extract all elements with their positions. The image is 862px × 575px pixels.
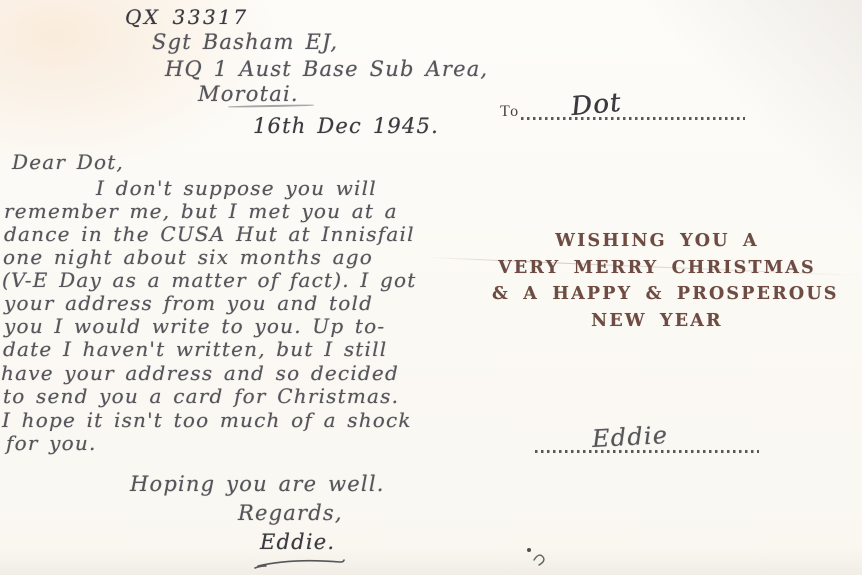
card-to-label: To [500,103,520,121]
to-dotted-line [521,117,745,120]
letter-body-line: for you. [6,431,97,455]
letter-body-line: dance in the CUSA Hut at Innisfail [4,222,415,246]
card-greeting: WISHING YOU A VERY MERRY CHRISTMAS & A H… [492,228,822,334]
letter-body-line: I hope it isn't too much of a shock [2,408,412,432]
letter-body-line: you I would write to you. Up to- [4,314,385,338]
scanned-letter-and-card: QX 33317 Sgt Basham EJ, HQ 1 Aust Base S… [0,0,862,575]
letter-body-line: (V-E Day as a matter of fact). I got [2,268,417,292]
signature-flourish [252,557,348,571]
letter-body-line: remember me, but I met you at a [4,199,398,223]
greeting-line: NEW YEAR [492,308,822,335]
letter-body-line: to send you a card for Christmas. [3,384,399,408]
closing-regards: Regards, [238,501,343,525]
ink-squiggle [532,550,550,568]
letter-body-line: one night about six months ago [3,245,373,269]
service-number: QX 33317 [125,5,249,29]
letter-body-line: I don't suppose you will [96,176,377,200]
signature-dotted-line [535,450,759,453]
letter-body-line: have your address and so decided [1,361,399,385]
ink-smudge [527,548,531,552]
card-signature: Eddie [591,421,668,453]
sender-unit: HQ 1 Aust Base Sub Area, [165,57,488,81]
sender-name: Sgt Basham EJ, [152,30,338,54]
letter-body-line: date I haven't written, but I still [3,337,387,361]
card-to-name: Dot [570,88,623,122]
closing-wish: Hoping you are well. [130,472,385,496]
greeting-line: & A HAPPY & PROSPEROUS [492,281,822,308]
letter-signature: Eddie. [260,530,335,554]
greeting-line: WISHING YOU A [492,228,822,255]
letter-body-line: your address from you and told [4,291,373,315]
letter-date: 16th Dec 1945. [253,114,439,138]
sender-location: Morotai. [198,82,299,106]
greeting-line: VERY MERRY CHRISTMAS [492,255,822,282]
salutation: Dear Dot, [12,150,124,174]
